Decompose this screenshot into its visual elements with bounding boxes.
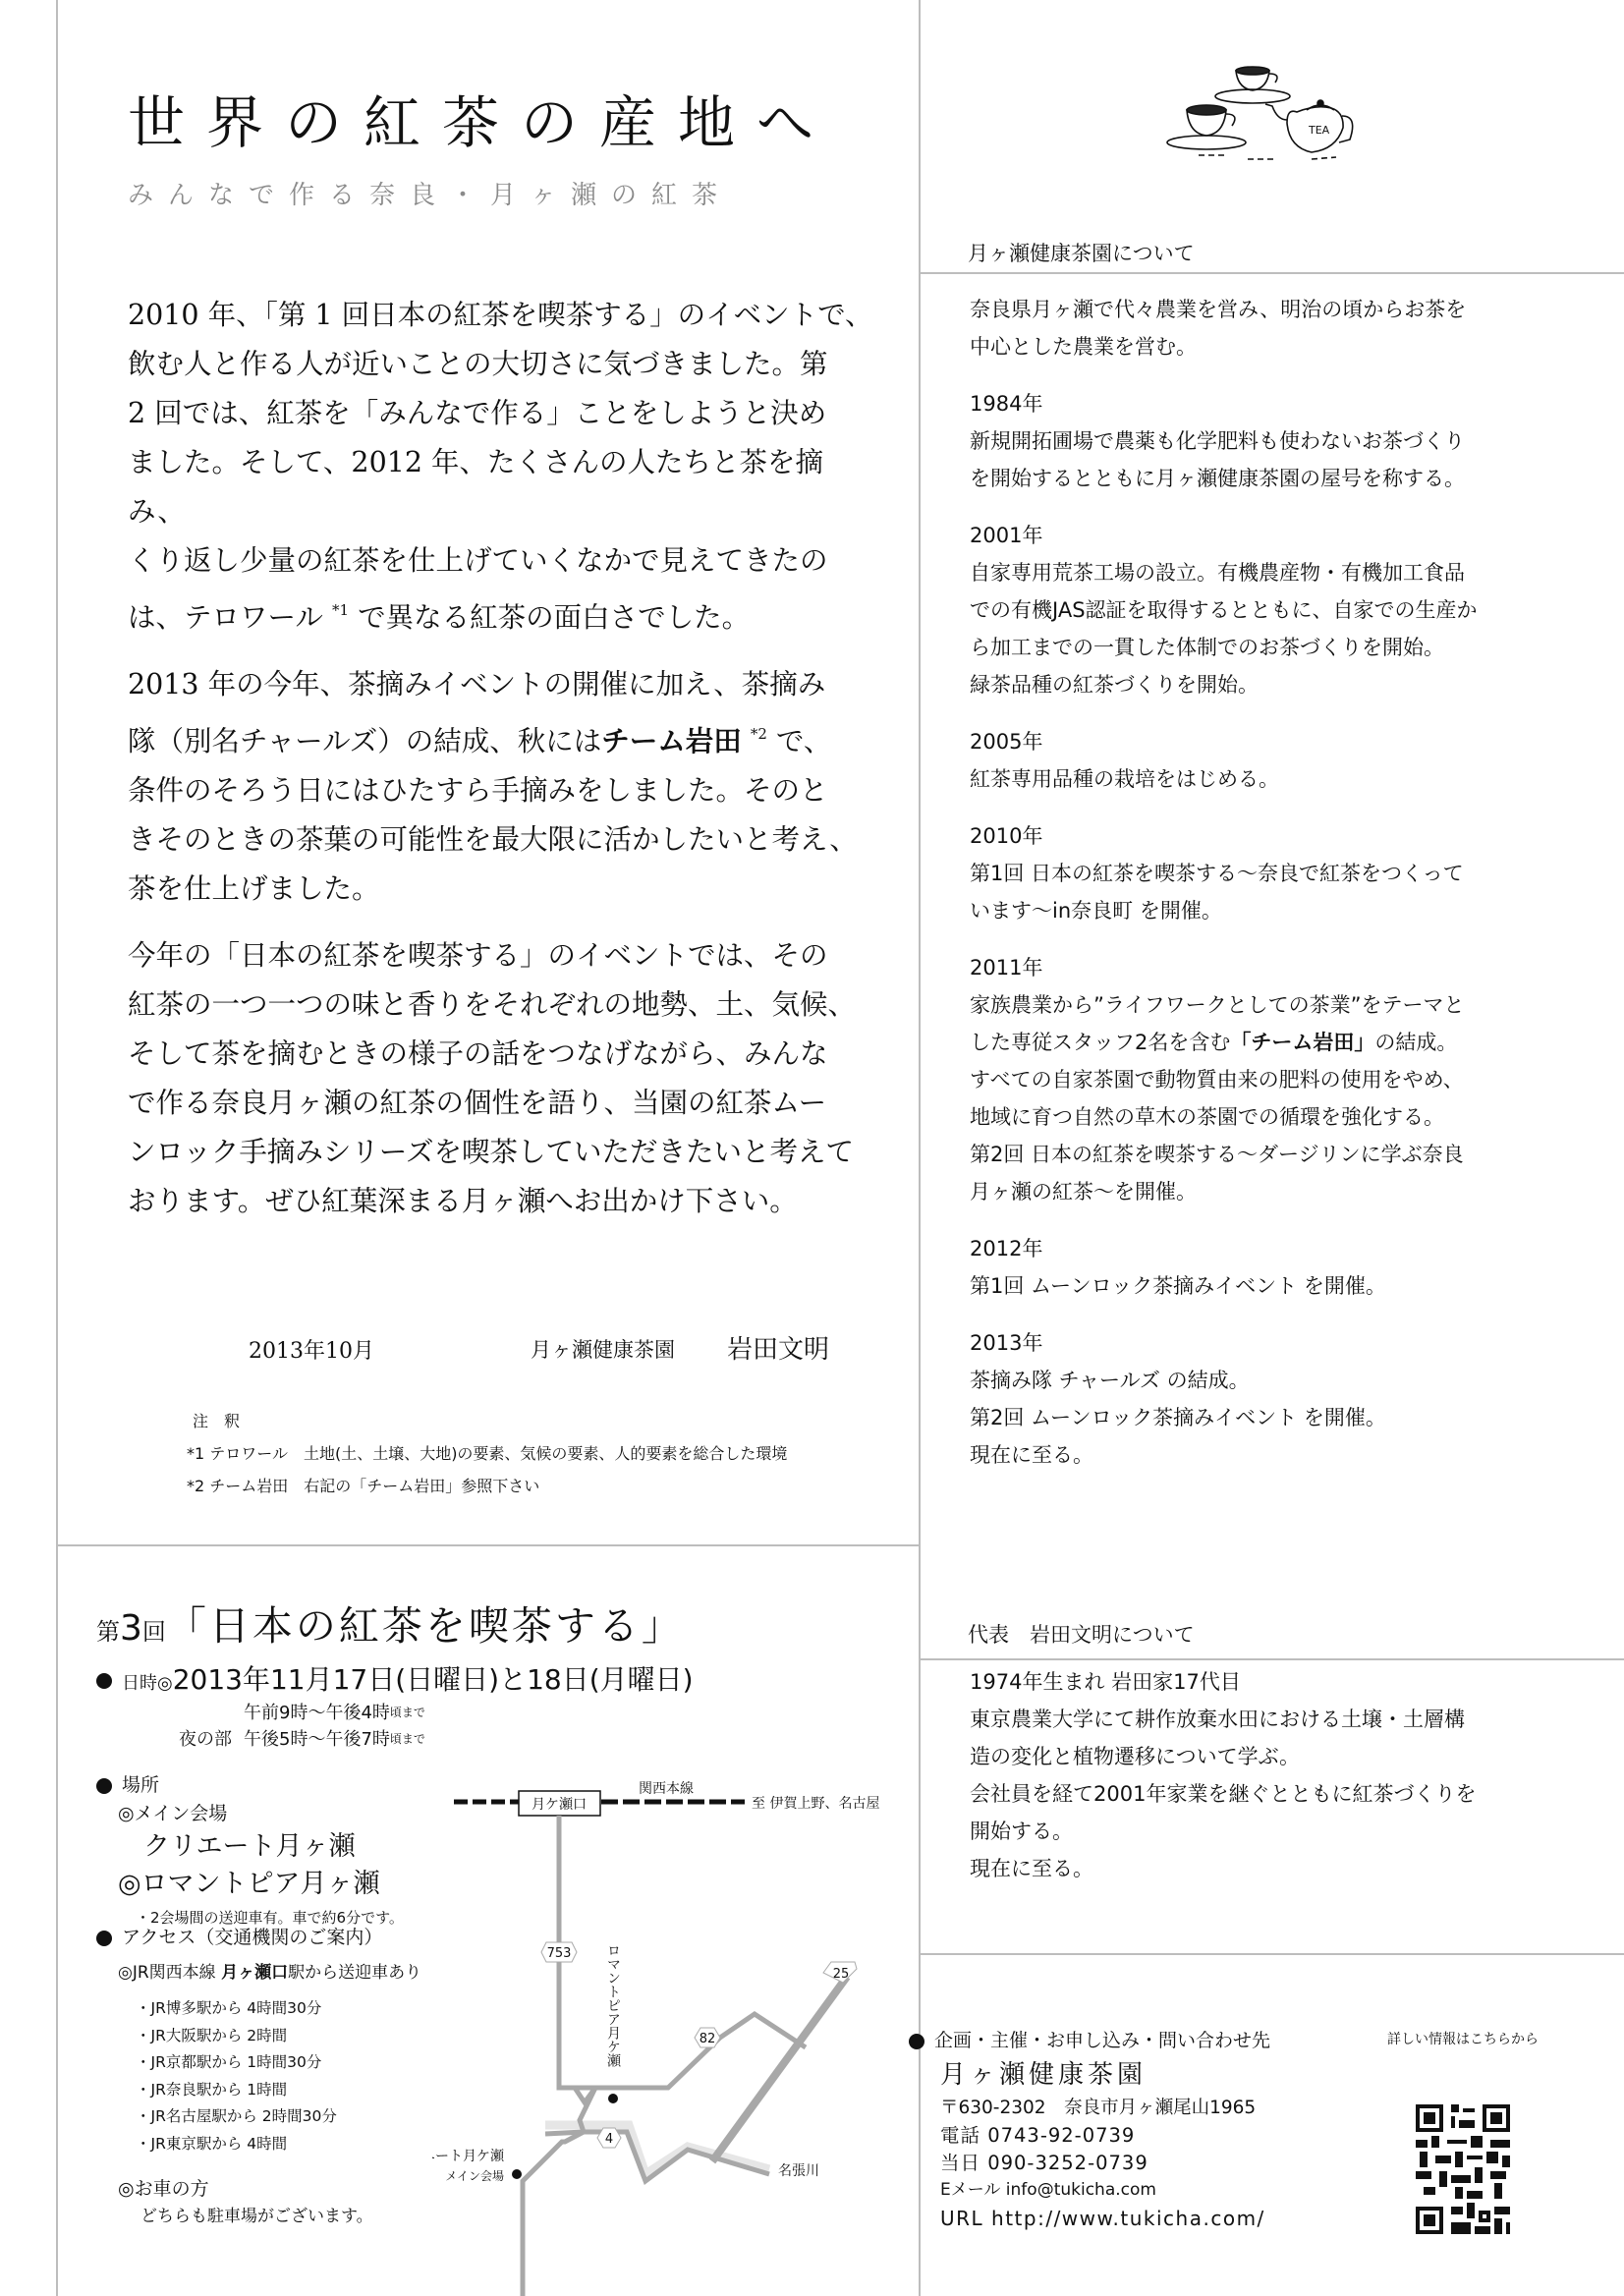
venue-info: 場所 ◎メイン会場 クリエート月ヶ瀬 ◎ロマントピア月ヶ瀬 ・2会場間の送迎車有… xyxy=(96,1771,404,1932)
about-farm-heading: 月ヶ瀬健康茶園について xyxy=(968,238,1195,267)
footnote-ref-1: *1 xyxy=(332,601,349,619)
history-entry-2011: 2011年 家族農業から”ライフワークとしての茶業”をテーマと した専従スタッフ… xyxy=(970,949,1589,1210)
contact-rule xyxy=(919,1953,1624,1955)
svg-text:82: 82 xyxy=(700,2032,716,2046)
qr-code-icon[interactable] xyxy=(1416,2103,1510,2235)
left-column-border xyxy=(56,0,58,2296)
svg-text:メイン会場: メイン会場 xyxy=(445,2168,504,2183)
essay-date: 2013年10月 xyxy=(249,1334,374,1365)
svg-text:至 伊賀上野、名古屋: 至 伊賀上野、名古屋 xyxy=(752,1795,879,1812)
svg-text:753: 753 xyxy=(547,1946,572,1961)
history-entry-2001: 2001年 自家専用荒茶工場の設立。有機農産物・有機加工食品 での有機JAS認証… xyxy=(970,517,1589,703)
footnote-1: *1 テロワール 土地(土、土壌、大地)の要素、気候の要素、人的要素を総合した環… xyxy=(187,1437,787,1470)
svg-text:25: 25 xyxy=(833,1967,850,1982)
svg-text:関西本線: 関西本線 xyxy=(639,1780,694,1797)
bullet-icon xyxy=(96,1673,112,1689)
svg-text:クリエート月ケ瀬: クリエート月ケ瀬 xyxy=(432,2148,505,2164)
svg-text:TEA: TEA xyxy=(1308,124,1330,137)
route-item: ・JR名古屋駅から 2時間30分 xyxy=(136,2103,421,2131)
contact-address: 〒630-2302 奈良市月ヶ瀬尾山1965 xyxy=(909,2095,1270,2122)
about-farm-rule xyxy=(919,272,1624,274)
svg-text:名張川: 名張川 xyxy=(778,2163,819,2179)
qr-label: 詳しい情報はこちらから xyxy=(1387,2029,1539,2048)
essay: 2010 年、「第 1 回日本の紅茶を喫茶する」のイベントで、 飲む人と作る人が… xyxy=(128,291,874,1244)
route-item: ・JR大阪駅から 2時間 xyxy=(136,2023,421,2050)
access-info: アクセス（交通機関のご案内） ◎JR関西本線 月ヶ瀬口駅から送迎車あり ・JR博… xyxy=(96,1923,421,2230)
footnotes: 注 釈 *1 テロワール 土地(土、土壌、大地)の要素、気候の要素、人的要素を総… xyxy=(187,1405,787,1502)
essay-paragraph-1: 2010 年、「第 1 回日本の紅茶を喫茶する」のイベントで、 飲む人と作る人が… xyxy=(128,291,874,643)
history-entry-2012: 2012年 第1回 ムーンロック茶摘みイベント を開催。 xyxy=(970,1230,1589,1305)
bullet-icon xyxy=(96,1931,112,1946)
farm-history: 奈良県月ヶ瀬で代々農業を営み、明治の頃からお茶を 中心とした農業を営む。 198… xyxy=(970,291,1589,1493)
event-times: 午前9時～午後4時頃まで 夜の部午後5時～午後7時頃まで xyxy=(167,1700,425,1753)
route-item: ・JR東京駅から 4時間 xyxy=(136,2131,421,2158)
contact-info: 企画・主催・お申し込み・問い合わせ先 月ヶ瀬健康茶園 〒630-2302 奈良市… xyxy=(909,2026,1270,2233)
center-divider xyxy=(919,0,921,2296)
left-section-divider xyxy=(56,1544,919,1546)
second-venue-name: ◎ロマントピア月ヶ瀬 xyxy=(96,1866,404,1903)
team-iwata-emphasis: 「チーム岩田」 xyxy=(1230,1031,1374,1054)
history-entry-2010: 2010年 第1回 日本の紅茶を喫茶する～奈良で紅茶をつくって います～in奈良… xyxy=(970,817,1589,929)
history-entry-2013: 2013年 茶摘み隊 チャールズ の結成。 第2回 ムーンロック茶摘みイベント … xyxy=(970,1324,1589,1474)
contact-url[interactable]: URL http://www.tukicha.com/ xyxy=(909,2204,1270,2233)
essay-paragraph-3: 今年の「日本の紅茶を喫茶する」のイベントでは、その 紅茶の一つ一つの味と香りをそ… xyxy=(128,931,874,1226)
essay-org: 月ヶ瀬健康茶園 xyxy=(531,1334,675,1364)
route-item: ・JR奈良駅から 1時間 xyxy=(136,2077,421,2104)
contact-day-phone: 当日 090-3252-0739 xyxy=(909,2150,1270,2177)
essay-author: 岩田文明 xyxy=(727,1329,829,1366)
teapot-cups-icon: TEA xyxy=(1140,49,1375,167)
route-list: ・JR博多駅から 4時間30分 ・JR大阪駅から 2時間 ・JR京都駅から 1時… xyxy=(96,1995,421,2157)
footnotes-heading: 注 釈 xyxy=(187,1405,787,1437)
footnote-2: *2 チーム岩田 右記の「チーム岩田」参照下さい xyxy=(187,1470,787,1502)
footnote-ref-2: *2 xyxy=(751,725,767,743)
page-title: 世界の紅茶の産地へ xyxy=(128,77,835,159)
access-map: 月ケ瀬口 関西本線 至 伊賀上野、名古屋 753 82 25 4 ロマントピア月… xyxy=(432,1768,914,2296)
svg-text:4: 4 xyxy=(605,2132,613,2147)
event-date: 日時◎2013年11月17日(日曜日)と18日(月曜日) xyxy=(96,1658,694,1698)
team-iwata-emphasis: チーム岩田 xyxy=(601,725,742,757)
essay-paragraph-2: 2013 年の今年、茶摘みイベントの開催に加え、茶摘み 隊（別名チャールズ）の結… xyxy=(128,660,874,914)
about-rep-heading: 代表 岩田文明について xyxy=(968,1619,1195,1649)
contact-email[interactable]: Eメール info@tukicha.com xyxy=(909,2177,1270,2204)
bullet-icon xyxy=(96,1778,112,1794)
svg-text:月ケ瀬口: 月ケ瀬口 xyxy=(532,1796,587,1813)
history-entry-1984: 1984年 新規開拓圃場で農薬も化学肥料も使わないお茶づくり を開始するとともに… xyxy=(970,385,1589,497)
route-item: ・JR京都駅から 1時間30分 xyxy=(136,2049,421,2077)
about-rep-rule xyxy=(919,1658,1624,1660)
page-subtitle: みんなで作る奈良・月ヶ瀬の紅茶 xyxy=(128,175,732,211)
contact-phone: 電話 0743-92-0739 xyxy=(909,2122,1270,2150)
event-title: 第3回「日本の紅茶を喫茶する」 xyxy=(96,1594,685,1652)
main-venue-name: クリエート月ヶ瀬 xyxy=(96,1828,404,1866)
contact-org: 月ヶ瀬健康茶園 xyxy=(909,2055,1270,2095)
svg-text:ロマントピア月ケ瀬: ロマントピア月ケ瀬 xyxy=(605,1943,621,2068)
route-item: ・JR博多駅から 4時間30分 xyxy=(136,1995,421,2023)
history-entry-2005: 2005年 紅茶専用品種の栽培をはじめる。 xyxy=(970,723,1589,798)
rep-profile: 1974年生まれ 岩田家17代目 東京農業大学にて耕作放棄水田における土壌・土層… xyxy=(970,1663,1589,1887)
bullet-icon xyxy=(909,2034,924,2049)
farm-intro: 奈良県月ヶ瀬で代々農業を営み、明治の頃からお茶を 中心とした農業を営む。 xyxy=(970,291,1589,365)
